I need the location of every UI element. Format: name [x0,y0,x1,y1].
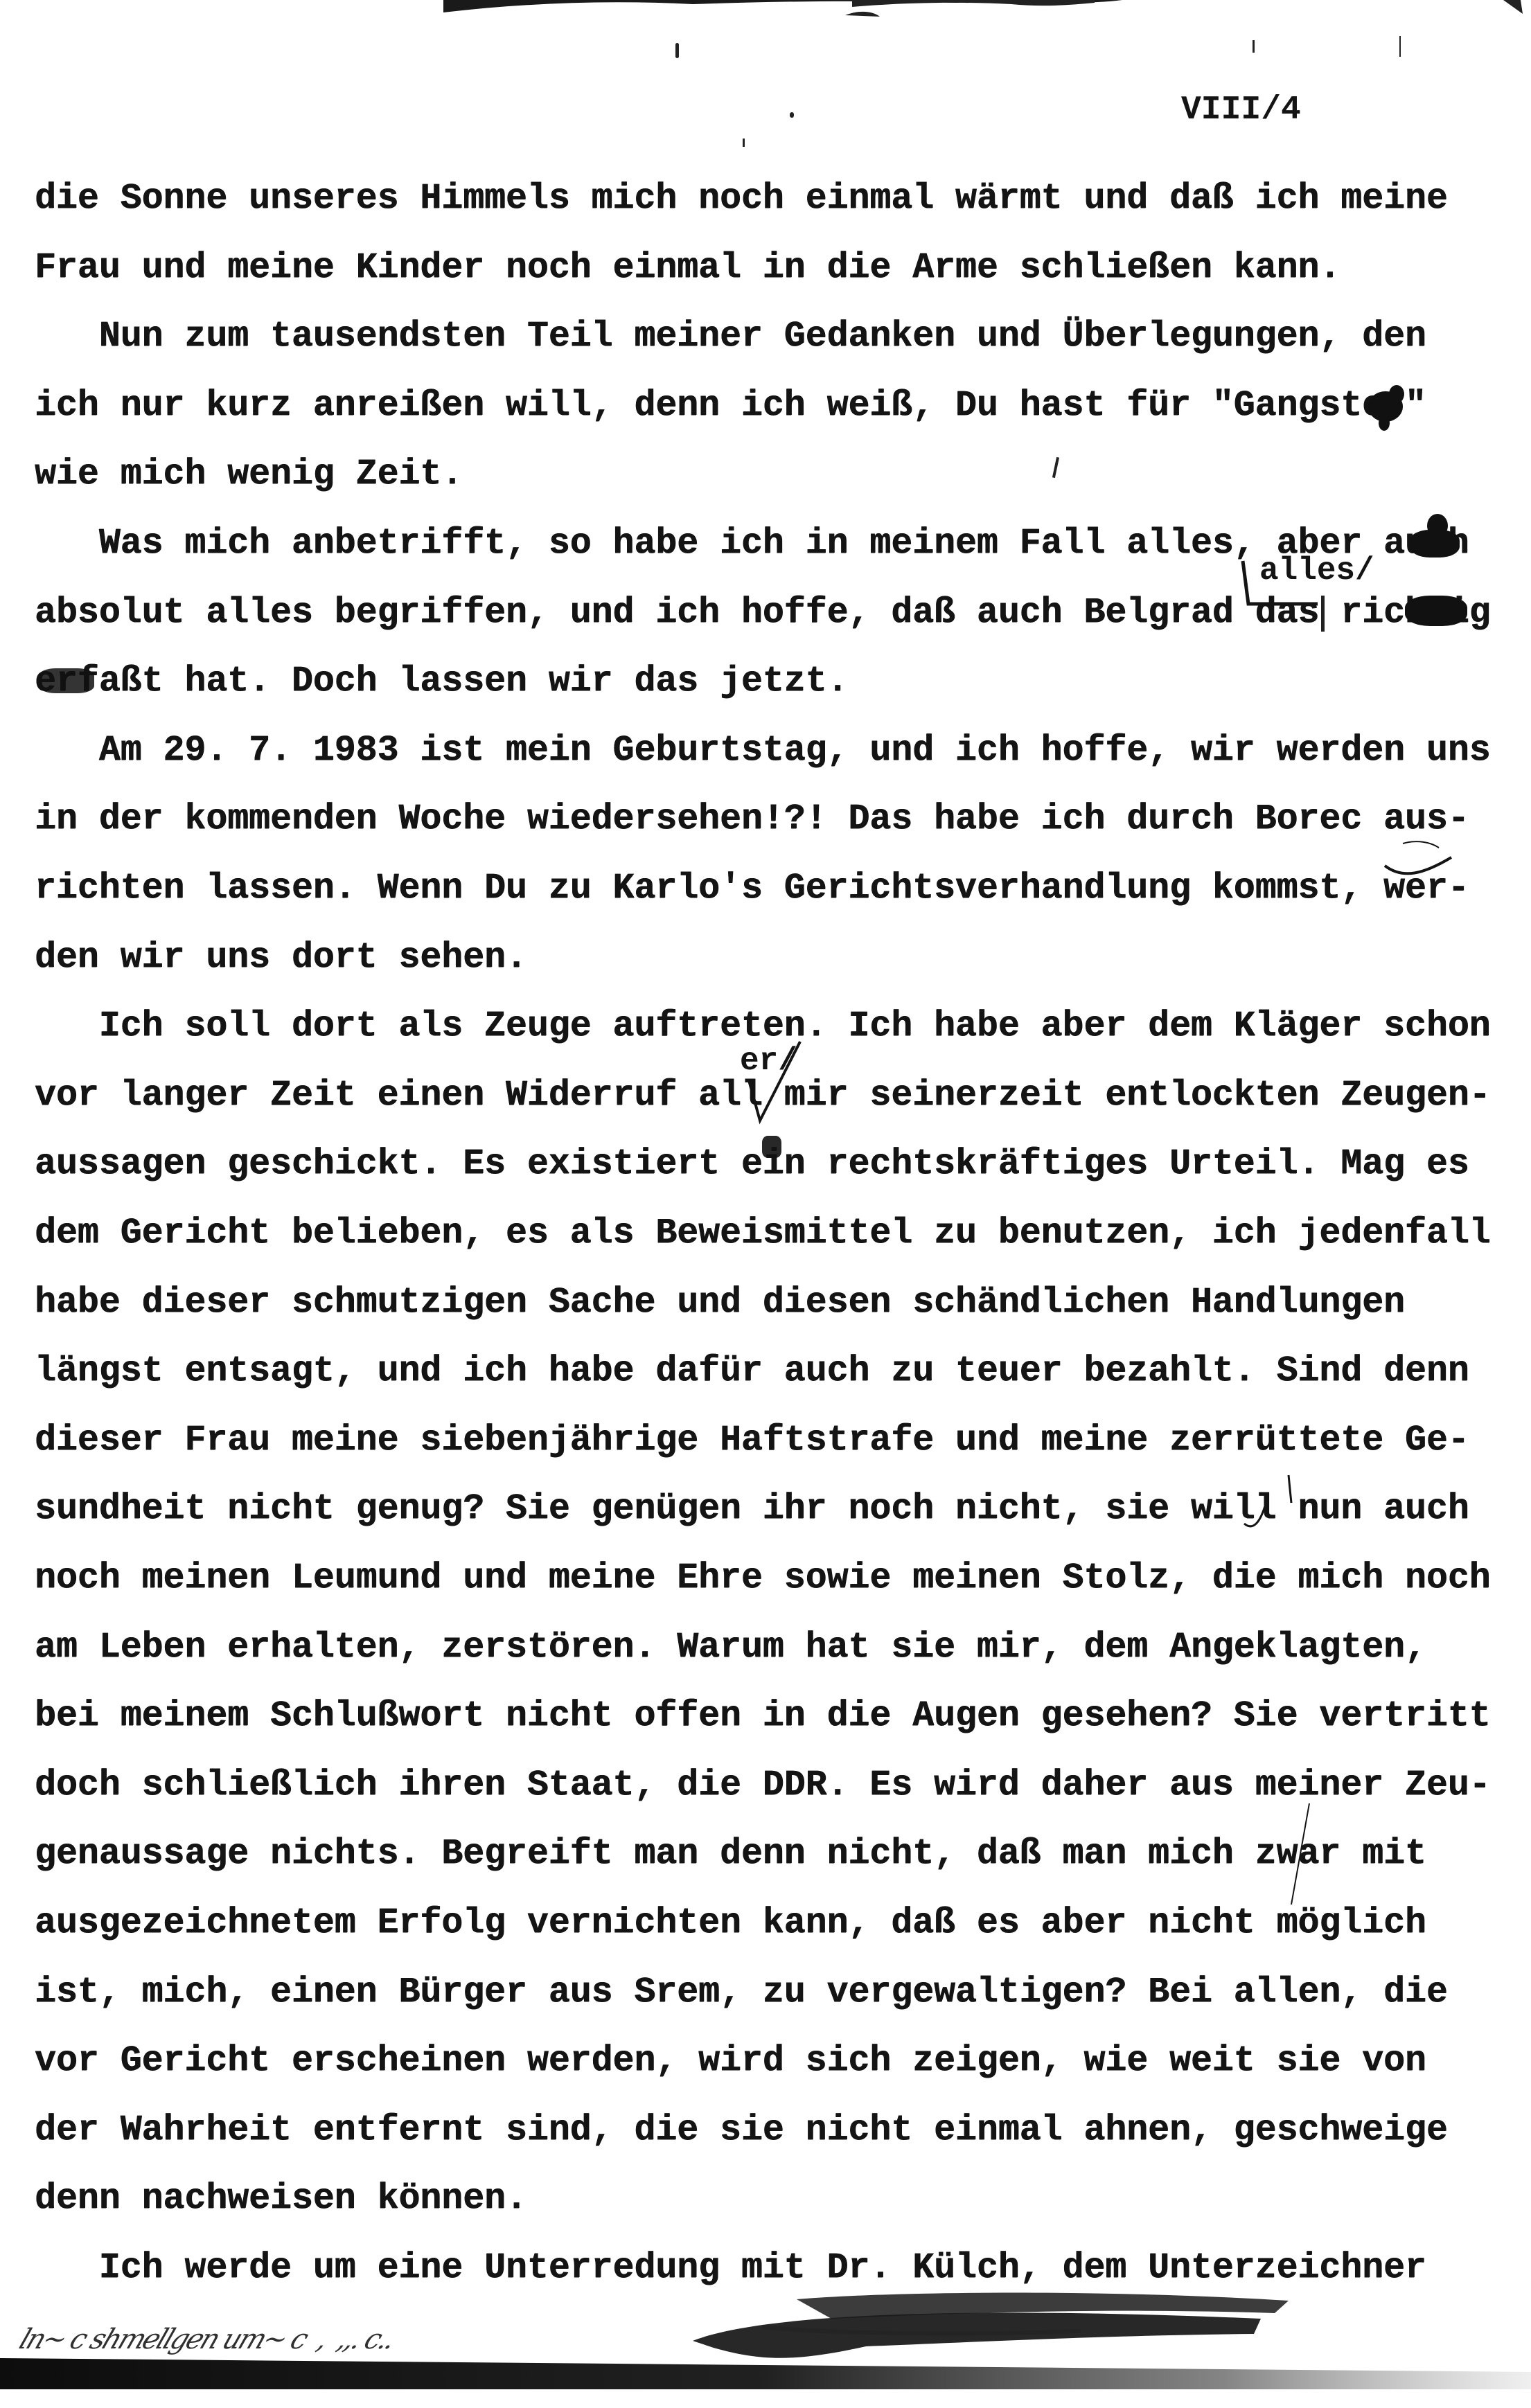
text-line: habe dieser schmutzigen Sache und diesen… [35,1285,1405,1321]
ink-blot [1379,416,1390,431]
scan-smudge-top [0,0,1531,42]
text-line: denn nachweisen können. [35,2182,527,2218]
scan-speck [675,43,679,58]
text-line: der Wahrheit entfernt sind, die sie nich… [35,2113,1448,2149]
text-line: in der kommenden Woche wiedersehen!?! Da… [35,802,1469,838]
scan-smudge-bottom [0,2285,1531,2408]
document-page: VIII/4 die Sonne unseres Himmels mich no… [0,0,1531,2408]
text-line: richten lassen. Wenn Du zu Karlo's Geric… [35,871,1469,907]
ink-blot [1405,596,1467,626]
ink-blot [39,668,94,693]
pen-stroke [1289,1801,1316,1911]
text-line: genaussage nichts. Begreift man denn nic… [35,1837,1426,1873]
text-line: Am 29. 7. 1983 ist mein Geburtstag, und … [35,733,1491,769]
text-line: aussagen geschickt. Es existiert ein rec… [35,1147,1469,1183]
scan-speck [790,112,794,118]
correction-check-er [745,1039,807,1129]
text-line: längst entsagt, und ich habe dafür auch … [35,1354,1469,1390]
scan-speck [1253,40,1255,53]
text-line: Frau und meine Kinder noch einmal in die… [35,251,1340,287]
text-line: dem Gericht belieben, es als Beweismitte… [35,1216,1491,1252]
text-line: am Leben erhalten, zerstören. Warum hat … [35,1630,1426,1666]
scan-speck [743,139,745,147]
insertion-mark [1321,596,1325,632]
ink-blot [1427,514,1448,537]
text-line: ich nur kurz anreißen will, denn ich wei… [35,389,1426,425]
ink-blot [762,1136,781,1158]
scan-speck [1052,457,1059,478]
text-line: ausgezeichnetem Erfolg vernichten kann, … [35,1906,1426,1942]
text-line: bei meinem Schlußwort nicht offen in die… [35,1699,1491,1735]
text-line: vor Gericht erscheinen werden, wird sich… [35,2044,1426,2080]
text-line: noch meinen Leumund und meine Ehre sowie… [35,1561,1491,1597]
pen-stroke [1219,1468,1302,1537]
text-line: Ich werde um eine Unterredung mit Dr. Kü… [35,2251,1426,2287]
text-line: wie mich wenig Zeit. [35,457,463,493]
text-line: dieser Frau meine siebenjährige Haftstra… [35,1423,1469,1459]
text-line: doch schließlich ihren Staat, die DDR. E… [35,1768,1491,1804]
pen-stroke [1382,838,1465,886]
text-line: die Sonne unseres Himmels mich noch einm… [35,181,1448,217]
text-line: ist, mich, einen Bürger aus Srem, zu ver… [35,1975,1448,2011]
text-line: Nun zum tausendsten Teil meiner Gedanken… [35,319,1426,355]
text-line: den wir uns dort sehen. [35,940,527,976]
ink-blot [1389,385,1404,403]
page-label: VIII/4 [1181,91,1301,129]
text-line: erfaßt hat. Doch lassen wir das jetzt. [35,664,848,700]
scan-speck [1399,36,1401,57]
